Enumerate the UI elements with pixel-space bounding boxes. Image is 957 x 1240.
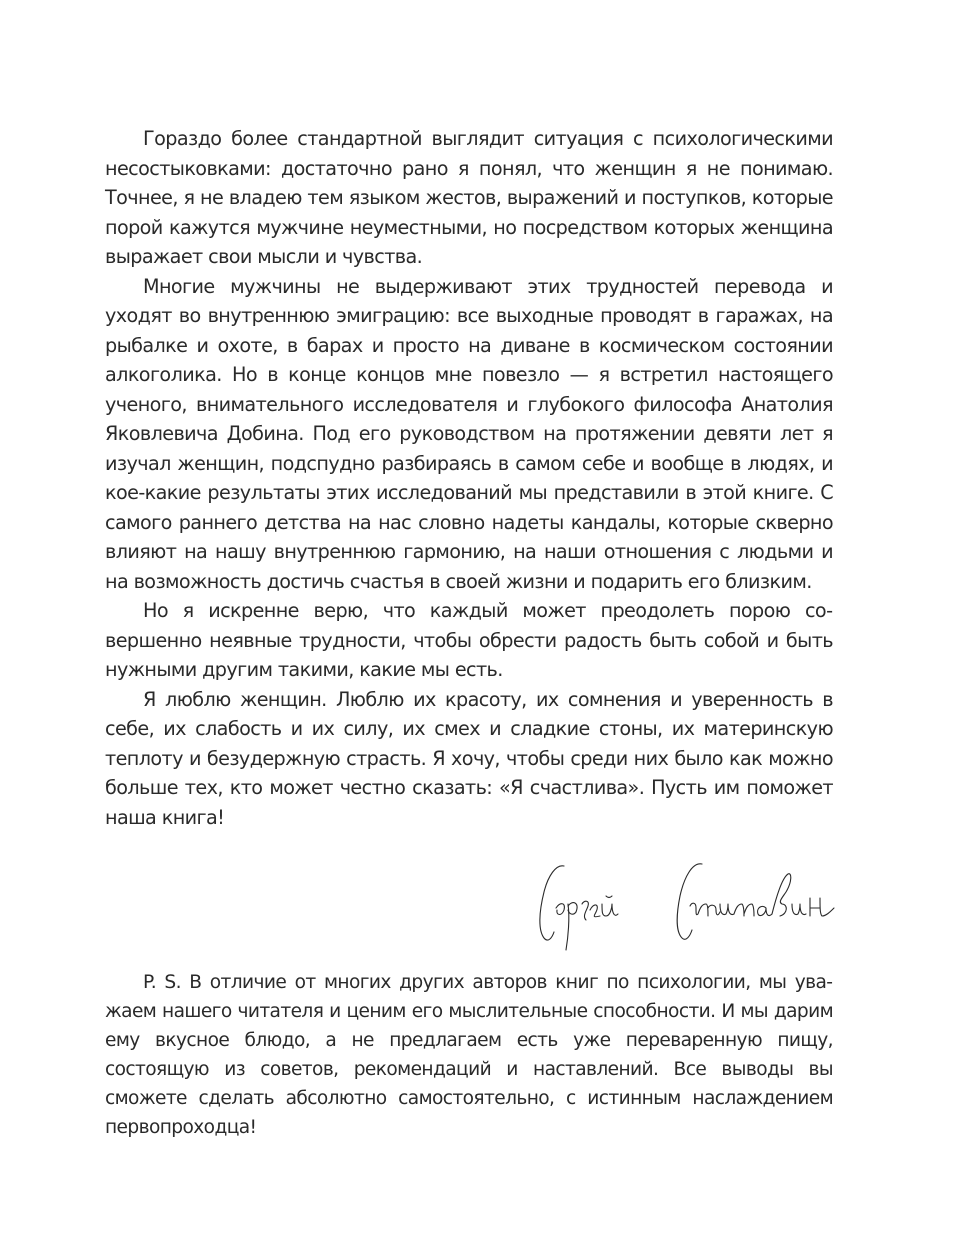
paragraph-3: Но я искренне верю, что каждый может пре… (105, 596, 833, 685)
paragraph-4: Я люблю женщин. Люблю их красоту, их сом… (105, 685, 833, 833)
paragraph-2: Многие мужчины не выдерживают этих трудн… (105, 272, 833, 597)
postscript-paragraph: P. S. В отличие от многих других авторов… (105, 968, 833, 1142)
page-body: Гораздо более стандартной выглядит ситуа… (105, 124, 833, 832)
paragraph-1: Гораздо более стандартной выглядит ситуа… (105, 124, 833, 272)
author-signature (530, 858, 840, 953)
signature-icon (530, 858, 840, 953)
postscript-section: P. S. В отличие от многих других авторов… (105, 968, 833, 1142)
